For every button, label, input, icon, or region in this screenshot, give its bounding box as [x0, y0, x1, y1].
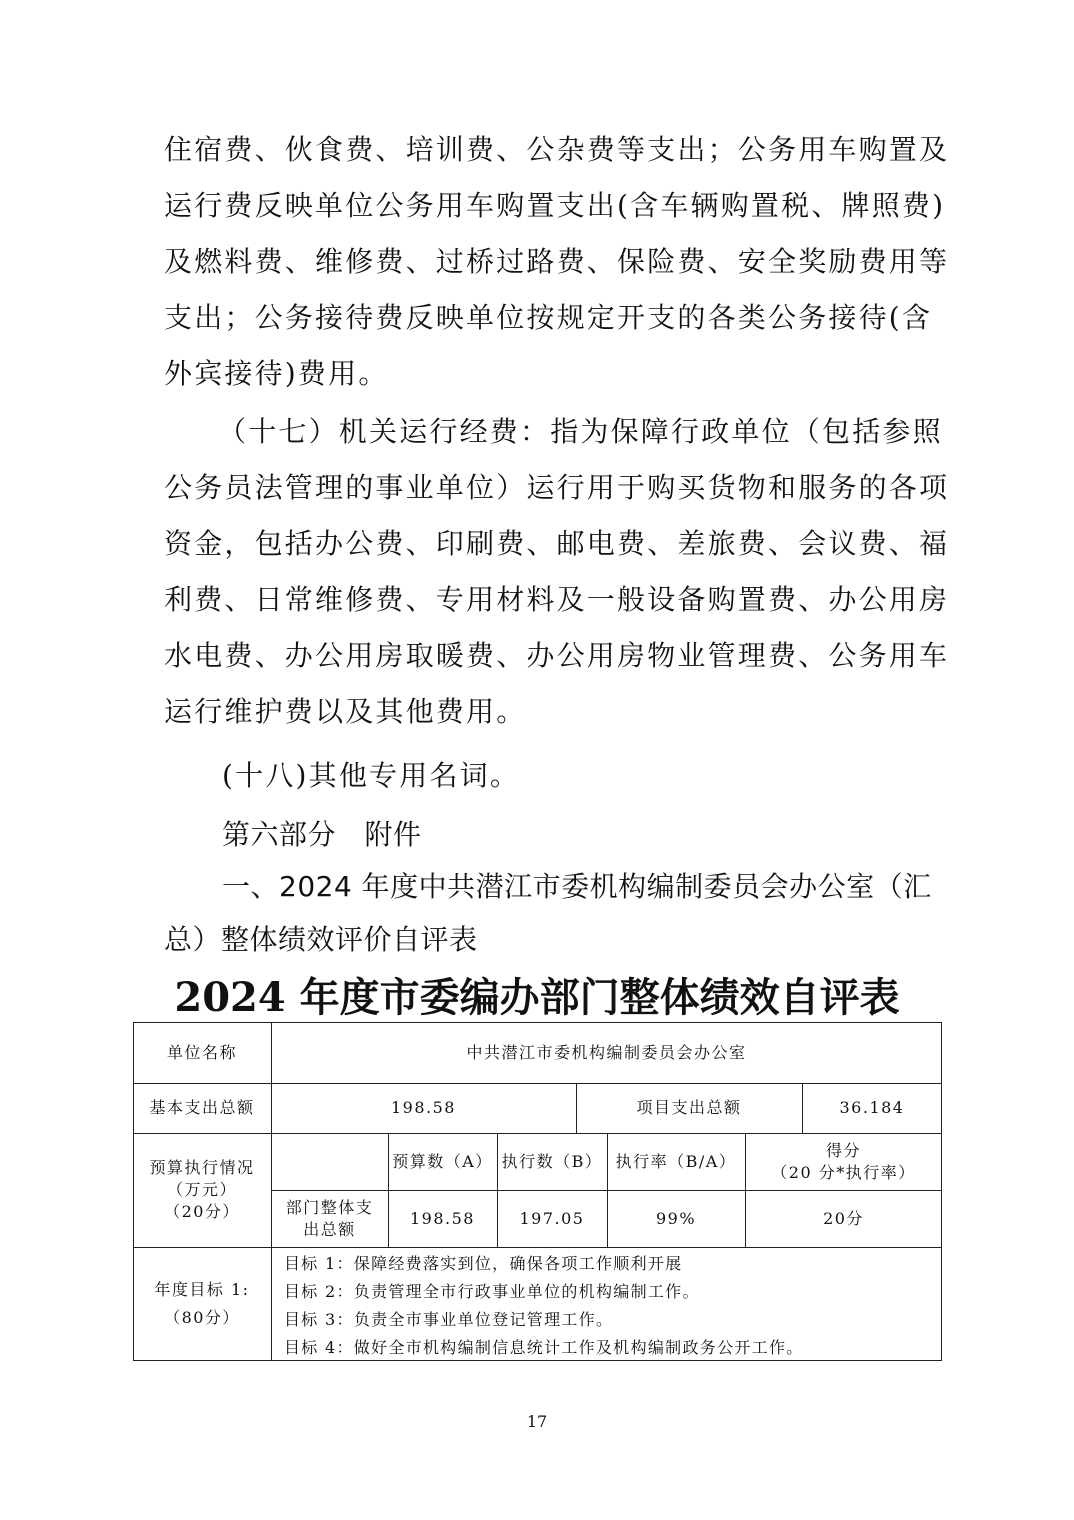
project-expense-value: 36.184 — [802, 1083, 942, 1133]
budget-execution-label-line: 预算执行情况 — [149, 1157, 254, 1179]
paragraph-line: (十八)其他专用名词。 — [222, 756, 912, 796]
dept-total-expense-label-line: 部门整体支 — [286, 1197, 374, 1219]
page-number: 17 — [0, 1412, 1074, 1431]
section-heading: 第六部分 附件 — [222, 815, 912, 855]
paragraph-line: 资金，包括办公费、印刷费、邮电费、差旅费、会议费、福 — [164, 524, 910, 564]
attachment-title: 一、2024 年度中共潜江市委机构编制委员会办公室（汇 — [222, 867, 912, 907]
header-execution-rate: 执行率（B/A） — [607, 1133, 745, 1190]
header-blank — [271, 1133, 388, 1190]
paragraph-line: 运行费反映单位公务用车购置支出(含车辆购置税、牌照费) — [164, 186, 910, 226]
paragraph-line: 利费、日常维修费、专用材料及一般设备购置费、办公用房 — [164, 580, 910, 620]
project-expense-label: 项目支出总额 — [576, 1083, 802, 1133]
table-title: 2024 年度市委编办部门整体绩效自评表 — [0, 972, 1074, 1024]
paragraph-line: 支出；公务接待费反映单位按规定开支的各类公务接待(含 — [164, 298, 910, 338]
goal-item: 目标 2：负责管理全市行政事业单位的机构编制工作。 — [284, 1278, 934, 1306]
executed-b-value: 197.05 — [497, 1190, 607, 1247]
header-budget-a: 预算数（A） — [388, 1133, 497, 1190]
paragraph-line: 及燃料费、维修费、过桥过路费、保险费、安全奖励费用等 — [164, 242, 910, 282]
goal-item: 目标 4：做好全市机构编制信息统计工作及机构编制政务公开工作。 — [284, 1334, 934, 1362]
header-score: 得分 （20 分*执行率） — [745, 1133, 942, 1190]
score-value: 20分 — [745, 1190, 942, 1247]
paragraph-line: 运行维护费以及其他费用。 — [164, 692, 910, 732]
budget-execution-label: 预算执行情况 （万元） （20分） — [133, 1133, 271, 1247]
annual-goal-label: 年度目标 1: （80分） — [133, 1247, 271, 1361]
budget-execution-label-line: （20分） — [164, 1201, 240, 1223]
execution-rate-value: 99% — [607, 1190, 745, 1247]
paragraph-line: 外宾接待)费用。 — [164, 354, 910, 394]
unit-name-label: 单位名称 — [133, 1022, 271, 1083]
goal-item: 目标 1：保障经费落实到位，确保各项工作顺利开展 — [284, 1250, 934, 1278]
goal-item: 目标 3：负责全市事业单位登记管理工作。 — [284, 1306, 934, 1334]
budget-a-value: 198.58 — [388, 1190, 497, 1247]
header-score-line: 得分 — [826, 1140, 861, 1162]
basic-expense-value: 198.58 — [271, 1083, 576, 1133]
unit-name-value: 中共潜江市委机构编制委员会办公室 — [271, 1022, 942, 1083]
budget-execution-label-line: （万元） — [167, 1179, 237, 1201]
annual-goals-list: 目标 1：保障经费落实到位，确保各项工作顺利开展 目标 2：负责管理全市行政事业… — [284, 1250, 934, 1362]
attachment-title: 总）整体绩效评价自评表 — [164, 920, 910, 960]
annual-goal-label-line: （80分） — [164, 1304, 240, 1332]
annual-goal-label-line: 年度目标 1: — [154, 1276, 249, 1304]
dept-total-expense-label: 部门整体支 出总额 — [271, 1190, 388, 1247]
dept-total-expense-label-line: 出总额 — [303, 1219, 356, 1241]
header-executed-b: 执行数（B） — [497, 1133, 607, 1190]
basic-expense-label: 基本支出总额 — [133, 1083, 271, 1133]
paragraph-line: （十七）机关运行经费：指为保障行政单位（包括参照 — [218, 412, 964, 452]
header-score-line: （20 分*执行率） — [771, 1162, 915, 1184]
paragraph-line: 住宿费、伙食费、培训费、公杂费等支出；公务用车购置及 — [164, 130, 910, 170]
paragraph-line: 水电费、办公用房取暖费、办公用房物业管理费、公务用车 — [164, 636, 910, 676]
paragraph-line: 公务员法管理的事业单位）运行用于购买货物和服务的各项 — [164, 468, 910, 508]
